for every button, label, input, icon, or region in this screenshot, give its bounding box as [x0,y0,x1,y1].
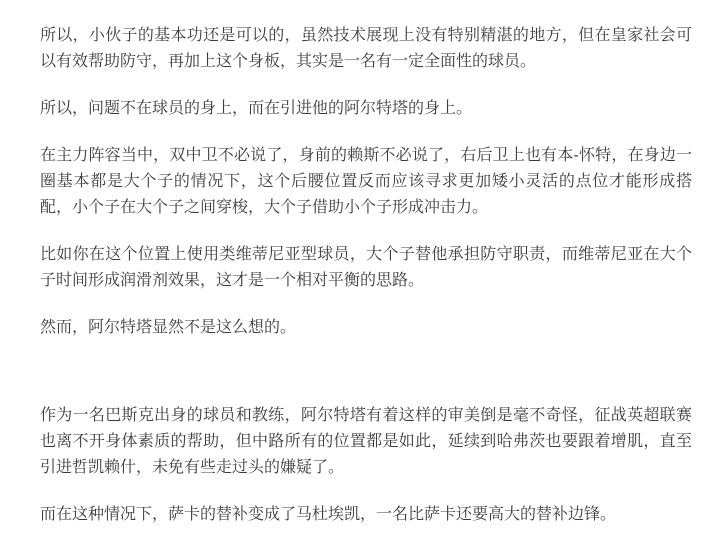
paragraph: 所以，小伙子的基本功还是可以的，虽然技术展现上没有特别精湛的地方，但在皇家社会可… [40,23,692,75]
article-page: 所以，小伙子的基本功还是可以的，虽然技术展现上没有特别精湛的地方，但在皇家社会可… [0,0,720,559]
paragraph: 然而，阿尔特塔显然不是这么想的。 [40,315,692,341]
paragraph: 作为一名巴斯克出身的球员和教练，阿尔特塔有着这样的审美倒是毫不奇怪，征战英超联赛… [40,403,692,481]
paragraph: 所以，问题不在球员的身上，而在引进他的阿尔特塔的身上。 [40,96,692,122]
paragraph: 而在这种情况下，萨卡的替补变成了马杜埃凯，一名比萨卡还要高大的替补边锋。 [40,502,692,528]
paragraph: 比如你在这个位置上使用类维蒂尼亚型球员，大个子替他承担防守职责，而维蒂尼亚在大个… [40,242,692,294]
blank-gap [40,362,692,403]
paragraph: 在主力阵容当中，双中卫不必说了，身前的赖斯不必说了，右后卫上也有本-怀特，在身边… [40,143,692,221]
